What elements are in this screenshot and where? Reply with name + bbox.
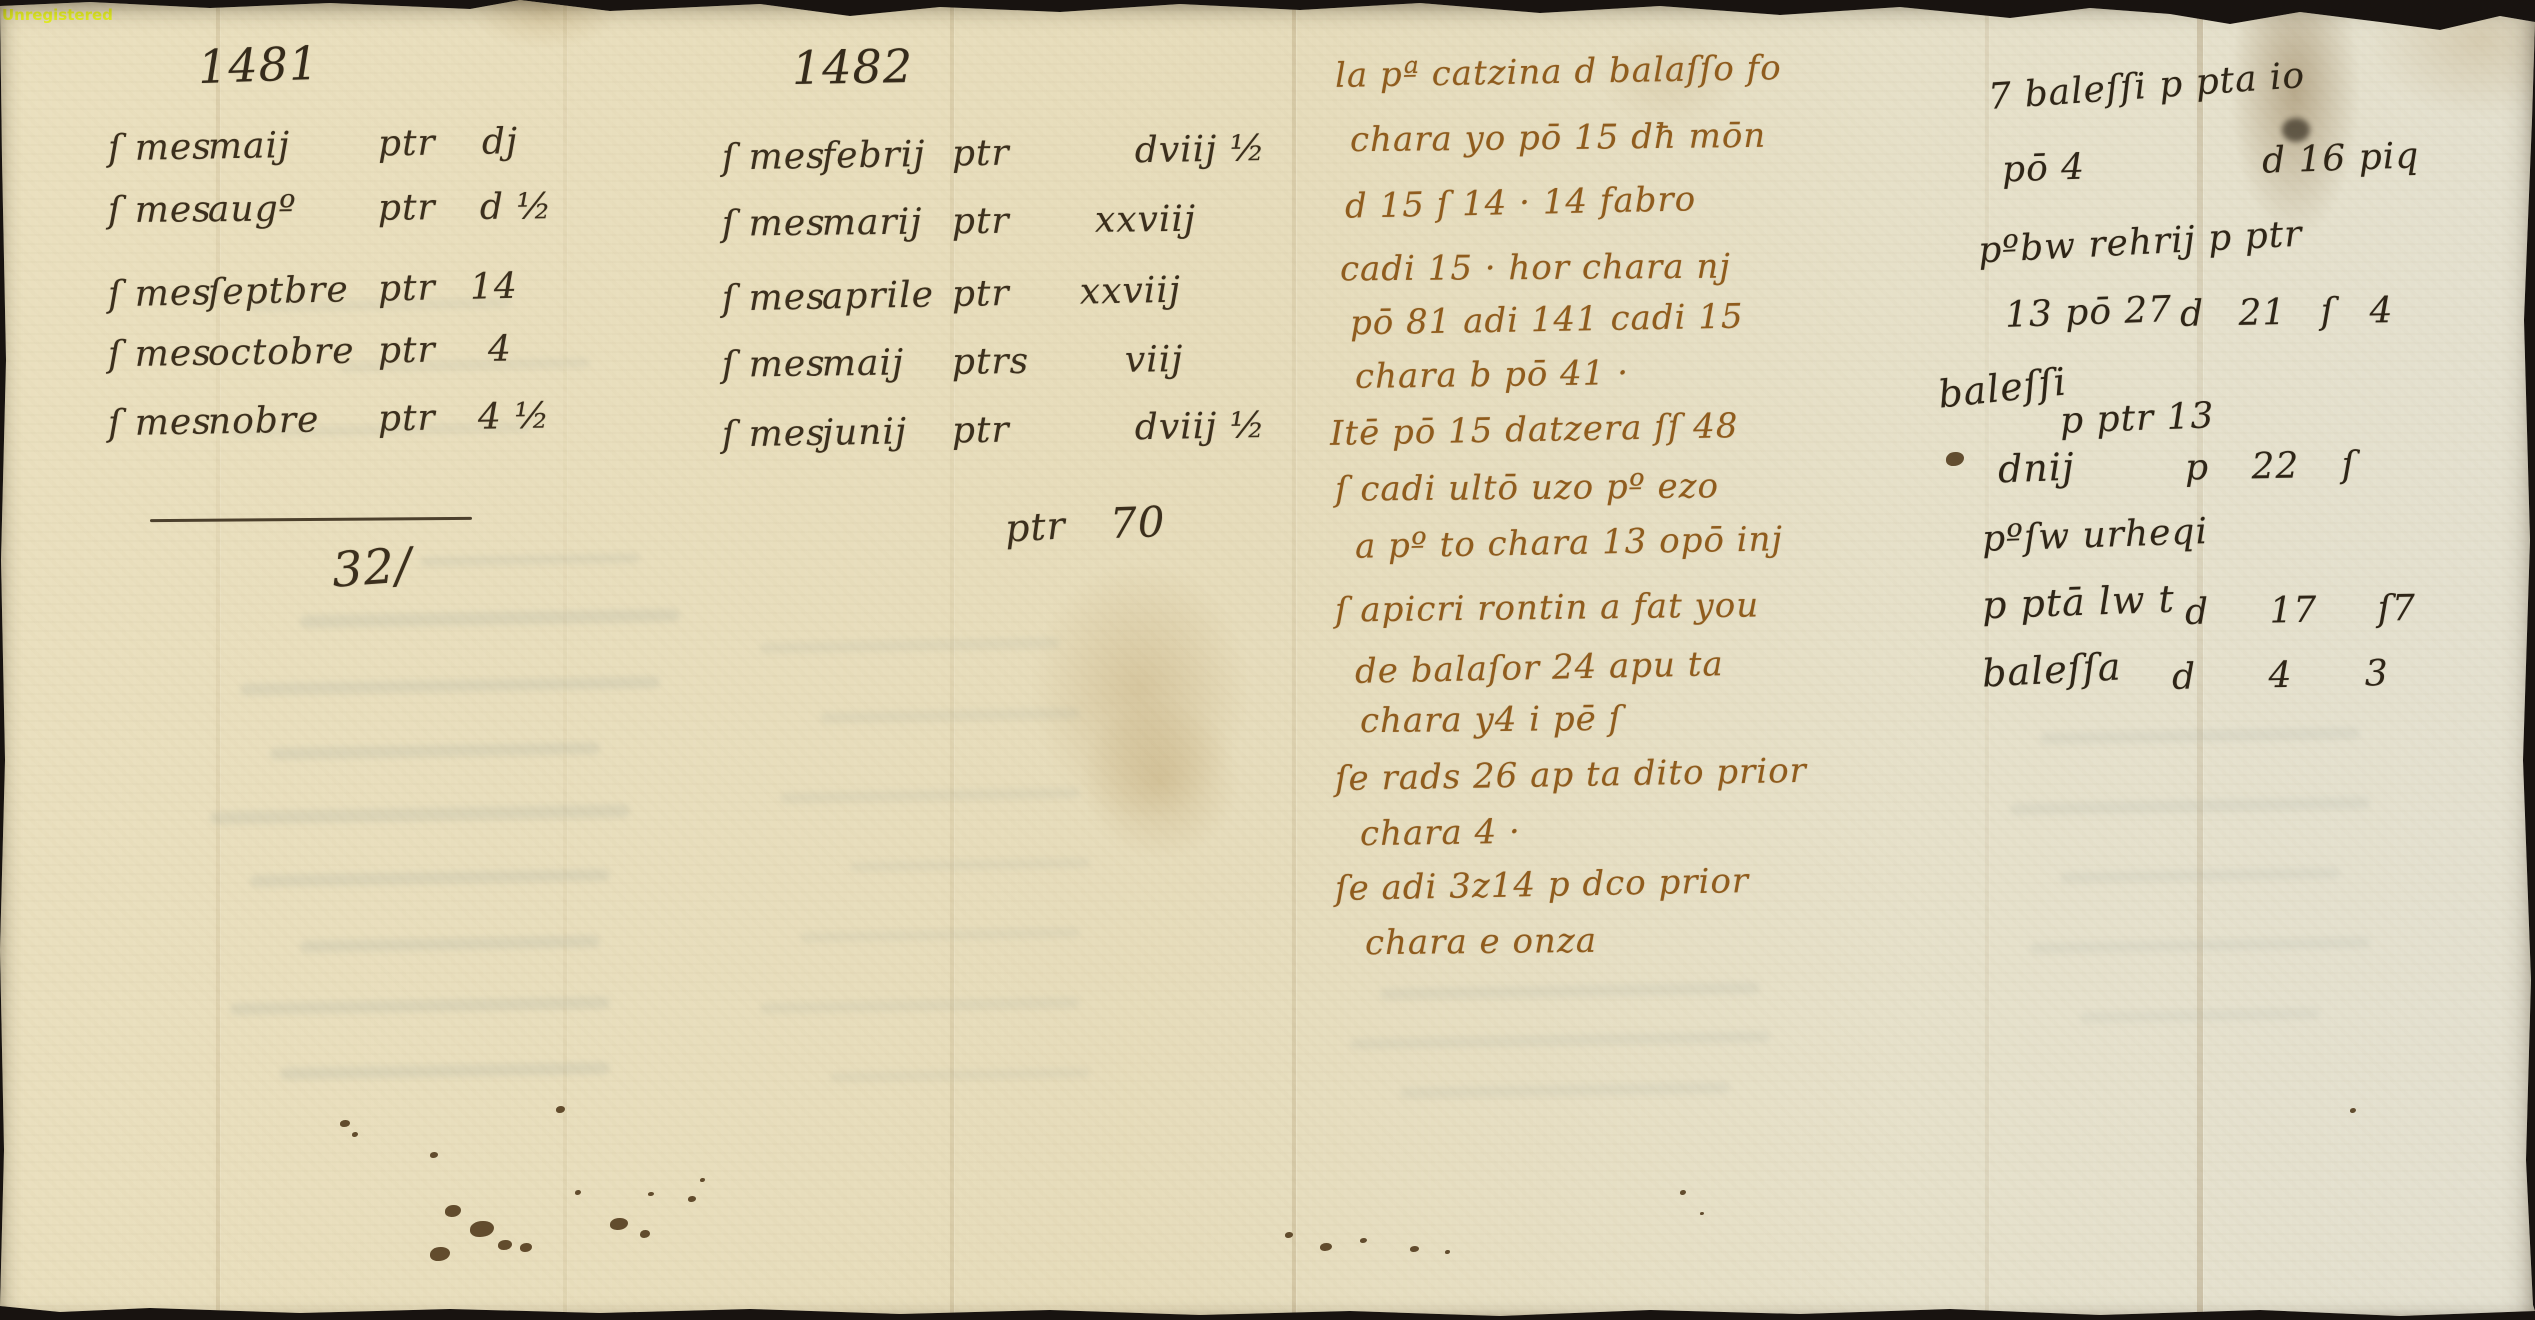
ink-spot xyxy=(1680,1190,1686,1195)
row-unit: ptr xyxy=(952,410,1010,452)
row-prefix: ſ mes xyxy=(722,276,826,319)
note-line: la pª catzina d balaſſo fo xyxy=(1335,48,1782,96)
row-month: maij xyxy=(822,342,905,384)
bleedthrough-line xyxy=(760,997,1080,1014)
ink-spot xyxy=(640,1230,650,1238)
row-value: xxviij xyxy=(1079,270,1181,313)
note-line: chara 4 · xyxy=(1360,812,1521,854)
account-line: baleſſa xyxy=(1981,644,2123,695)
bleedthrough-line xyxy=(1380,982,1760,1001)
row-month: junij xyxy=(822,411,908,453)
ink-spot xyxy=(648,1192,654,1196)
ink-spot xyxy=(575,1190,581,1195)
row-value: dviij ½ xyxy=(1134,405,1266,448)
bleedthrough-line xyxy=(420,553,640,567)
row-month: febrij xyxy=(822,134,926,177)
bleedthrough-line xyxy=(1350,1031,1770,1049)
row-month: aprile xyxy=(821,274,934,317)
account-value: d 21 ſ 4 xyxy=(2180,290,2394,335)
bleedthrough-line xyxy=(850,858,1090,872)
account-line: pō 4 xyxy=(2001,147,2085,191)
bleedthrough-line xyxy=(2040,727,2360,745)
account-line: p ptr 13 xyxy=(2059,395,2215,441)
row-value: xxviij xyxy=(1095,199,1197,241)
account-line: 13 pō 27 xyxy=(2004,289,2173,336)
bleedthrough-line xyxy=(800,928,1080,943)
note-line: d 15 ſ 14 · 14 fabro xyxy=(1345,179,1697,226)
row-prefix: ſ mes xyxy=(722,203,826,245)
year-heading-1481: 1481 xyxy=(197,36,320,94)
account-line: p ptā lw t xyxy=(1981,577,2175,628)
ink-spot xyxy=(700,1178,705,1182)
unregistered-watermark: Unregistered xyxy=(2,6,113,24)
bleedthrough-line xyxy=(280,1062,610,1080)
bleedthrough-line xyxy=(2010,797,2370,815)
ink-spot xyxy=(340,1120,350,1127)
bleedthrough-line xyxy=(230,997,610,1016)
year-heading-1482: 1482 xyxy=(792,39,914,95)
ink-spot xyxy=(1360,1238,1367,1243)
total-unit-1482: ptr xyxy=(1004,503,1067,550)
bleedthrough-line xyxy=(2030,937,2370,954)
row-month: marij xyxy=(822,202,923,244)
note-line: cadi 15 · hor chara nj xyxy=(1340,247,1731,290)
row-unit: ptr xyxy=(952,201,1010,243)
ink-spot xyxy=(556,1106,565,1113)
row-unit: ptr xyxy=(952,133,1010,175)
note-line: de balaſor 24 apu ta xyxy=(1355,644,1724,692)
ink-spot xyxy=(1700,1212,1704,1215)
stain xyxy=(1030,560,1250,820)
account-value: p 22 ſ xyxy=(2185,445,2357,489)
bleedthrough-line xyxy=(300,935,600,952)
total-1482: 70 xyxy=(1109,497,1166,548)
ink-spot xyxy=(430,1247,450,1261)
ink-spot xyxy=(688,1196,696,1202)
bleedthrough-line xyxy=(300,609,680,629)
note-line: ſ cadi ultō uzo pº ezo xyxy=(1335,466,1719,509)
row-value: viij xyxy=(1125,339,1184,381)
account-value: d 17 ſ7 xyxy=(2185,588,2417,633)
ink-spot xyxy=(1320,1243,1332,1251)
bleedthrough-line xyxy=(830,1068,1090,1083)
note-line: ſe adi 3z14 p dco prior xyxy=(1335,861,1750,909)
bleedthrough-line xyxy=(250,869,610,887)
bleedthrough-line xyxy=(240,676,660,695)
bleedthrough-line xyxy=(820,708,1080,724)
sum-rule xyxy=(150,517,472,522)
bleedthrough-line xyxy=(210,804,630,824)
note-line: chara yo pō 15 dħ mōn xyxy=(1350,116,1767,160)
ink-spot xyxy=(430,1152,438,1158)
ink-spot xyxy=(2350,1108,2356,1113)
ink-spot xyxy=(1285,1232,1293,1238)
ink-spot xyxy=(520,1243,532,1252)
ink-spot xyxy=(498,1240,512,1250)
row-value: dviij ½ xyxy=(1134,128,1266,171)
stain xyxy=(470,0,620,50)
ink-spot xyxy=(352,1132,358,1137)
note-line: chara y4 i pē ſ xyxy=(1360,699,1622,741)
row-unit: ptrs xyxy=(952,341,1030,383)
manuscript-page: Unregistered 1481 ſ mes maij ptr dj ſ me… xyxy=(0,0,2535,1320)
account-line: pºſw urheqi xyxy=(1981,511,2208,560)
bleedthrough-line xyxy=(2080,1008,2320,1023)
bleedthrough-line xyxy=(780,787,1080,803)
ink-spot xyxy=(470,1221,494,1237)
note-line: pō 81 adi 141 cadi 15 xyxy=(1350,297,1744,344)
account-value: d 4 3 xyxy=(2172,653,2389,698)
total-1481: 32/ xyxy=(330,537,414,598)
stain xyxy=(1080,700,1240,860)
note-line: ſe rads 26 ap ta dito prior xyxy=(1335,751,1808,799)
bleedthrough-line xyxy=(760,637,1060,653)
bleedthrough-line xyxy=(1400,1082,1730,1099)
note-line: a pº to chara 13 opō inj xyxy=(1355,519,1784,566)
bleedthrough-line xyxy=(2060,868,2340,884)
note-line: chara e onza xyxy=(1365,921,1597,963)
row-prefix: ſ mes xyxy=(722,413,826,456)
ink-spot xyxy=(610,1218,628,1230)
row-unit: ptr xyxy=(951,273,1010,315)
ink-spot xyxy=(1410,1246,1419,1252)
row-prefix: ſ mes xyxy=(722,136,826,179)
note-line: Itē pō 15 datzera ſſ 48 xyxy=(1330,406,1739,454)
ink-spot xyxy=(1445,1250,1450,1254)
scan-background: { "watermark": "Unregistered", "colors":… xyxy=(0,0,2535,1320)
account-value: d 16 piq xyxy=(2261,135,2420,181)
ink-spot xyxy=(445,1205,461,1217)
bleedthrough-line xyxy=(270,742,600,760)
note-line: ſ apicri rontin a fat you xyxy=(1335,585,1760,630)
note-line: chara b pō 41 · xyxy=(1355,353,1630,397)
account-line: dnij xyxy=(1997,445,2075,492)
row-prefix: ſ mes xyxy=(722,343,826,385)
